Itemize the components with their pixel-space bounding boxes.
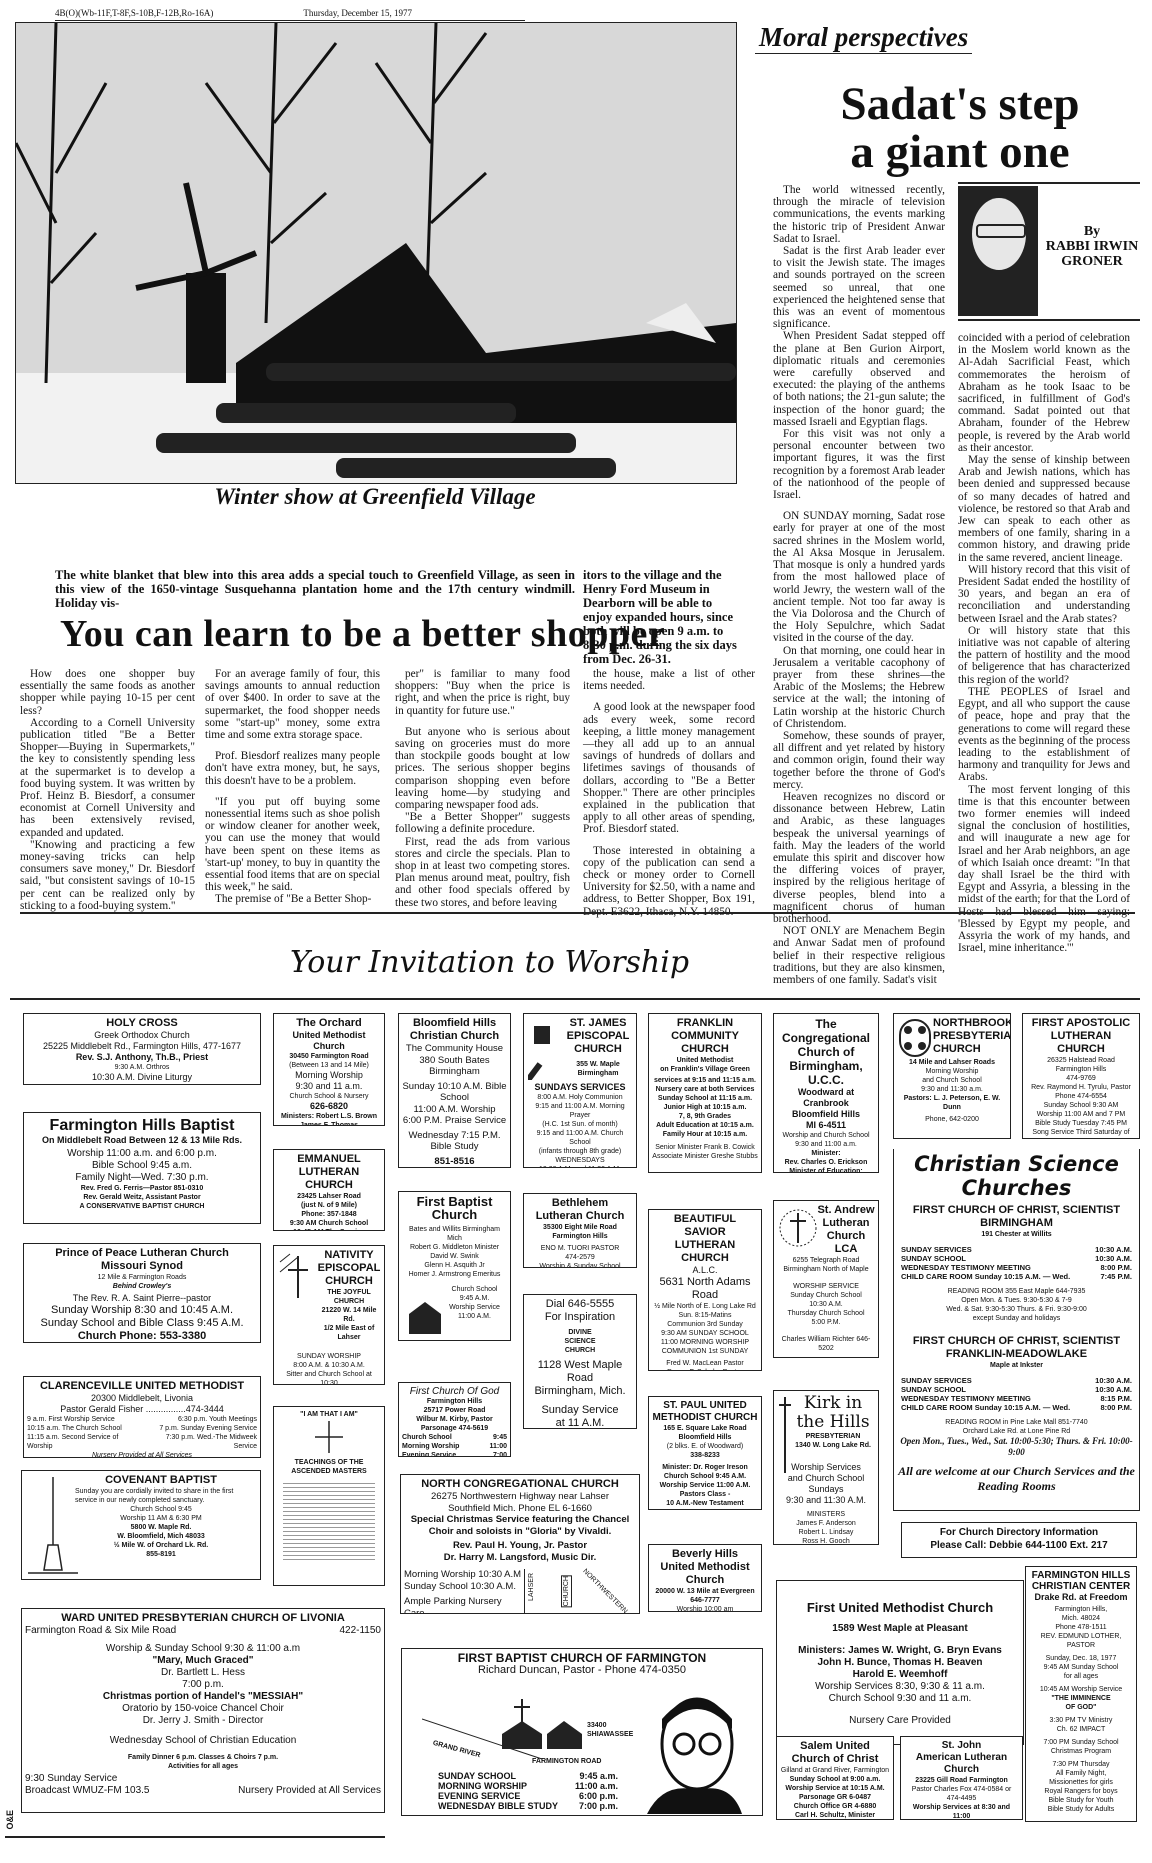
text-line: 855-8191 [65, 1550, 257, 1559]
text-line: Road [652, 1289, 758, 1302]
text-line: SCIENCE [527, 1337, 633, 1346]
paragraph: The premise of "Be a Better Shop- [205, 893, 380, 905]
text-line: Nursery Provided at All Services [27, 1451, 257, 1458]
text-line: Broadcast WMUZ-FM 103.5 [25, 1785, 149, 1797]
paragraph: When President Sadat stepped off the pla… [773, 330, 945, 428]
text-line: ASCENDED MASTERS [277, 1467, 381, 1476]
text-line: CHURCH [563, 1043, 633, 1056]
text-line: Kirk in [791, 1394, 875, 1413]
ad-divine-science: Dial 646-5555 For Inspiration DIVINE SCI… [523, 1294, 637, 1429]
ad-st-john-lutheran: St. John American Lutheran Church 23225 … [900, 1736, 1023, 1820]
text-line: 9:30 Sunday Service [25, 1773, 149, 1785]
text-line: Church of Christ [780, 1753, 890, 1766]
ad-farmington-hills-christian-center: FARMINGTON HILLS CHRISTIAN CENTER Drake … [1025, 1566, 1137, 1822]
fine-print-block [283, 1480, 375, 1560]
paragraph: Prof. Biesdorf realizes many people don'… [205, 750, 380, 787]
text-line: Phone 474-6554 [1026, 1092, 1136, 1101]
text-line: 10:30 A.M. [1095, 1254, 1132, 1263]
location-map: LAHSER CHURCH NORTHWESTERN CIVIC CENTER … [524, 1569, 625, 1614]
text-line: CHURCH [527, 1346, 633, 1355]
text-line: 21220 W. 14 Mile Rd. [317, 1306, 381, 1324]
text-line: PRESBYTERIAN [933, 1030, 1007, 1043]
text-line: NORTHWESTERN [581, 1567, 630, 1614]
text-line: Worship & Sunday School [527, 1262, 633, 1268]
steeple-icon [28, 1475, 78, 1575]
edition-code: 4B(O)(Wb-11F,T-8F,S-10B,F-12B,Ro-16A) [55, 8, 213, 18]
text-line: 25225 Middlebelt Rd., Farmington Hills, … [27, 1041, 257, 1052]
ad-farmington-hills-baptist: Farmington Hills Baptist On Middlebelt R… [23, 1112, 261, 1224]
text-line: Bible Study Tuesday 7:45 PM [1026, 1119, 1136, 1128]
text-line: Church Phone: 553-3380 [27, 1330, 257, 1343]
text-line: Sunday School 9:30 AM [1026, 1101, 1136, 1110]
text-line: Sunday you are cordially invited to shar… [75, 1487, 257, 1505]
shopper-column-2: For an average family of four, this savi… [205, 668, 380, 906]
text-line: All are welcome at our Church Services a… [897, 1464, 1136, 1494]
text-line: Church School [442, 1285, 507, 1294]
celtic-cross-emblem-icon [898, 1018, 932, 1058]
text-line: 10:30 A.M. [1095, 1245, 1132, 1254]
paragraph: per" is familiar to many food shoppers: … [395, 668, 570, 717]
text-line: ½ Mile North of E. Long Lake Rd [652, 1302, 758, 1311]
text-line: Family Dinner 6 p.m. Classes & Choirs 7 … [25, 1753, 381, 1762]
text-line: 10 A.M.-New Testament [652, 1499, 758, 1508]
text-line: Bloomfield Hills [652, 1433, 758, 1442]
text-line: "THE IMMINENCE [1029, 1694, 1133, 1703]
text-line: ENO M. TUORI PASTOR [527, 1244, 633, 1253]
text-line: on Franklin's Village Green [652, 1065, 758, 1074]
text-line: 5800 W. Maple Rd. [65, 1523, 257, 1532]
text-line: 338-8233 [652, 1451, 758, 1460]
text-line: WEDNESDAYS [527, 1156, 633, 1165]
text-line: Worship Services 8:30, 9:30 & 11 a.m. [780, 1681, 1020, 1693]
text-line: Worship 11:00 AM and 7 PM [1026, 1110, 1136, 1119]
text-line: SUNDAY WORSHIP [277, 1352, 381, 1361]
text-line: Sitter and Church School at 10:30 [277, 1370, 381, 1385]
text-line: 9:30 A.M. Orthros [27, 1063, 257, 1072]
ad-first-church-of-god: First Church Of God Farmington Hills 257… [398, 1382, 511, 1457]
text-line: 9:15 and 11:00 A.M. Morning Prayer [527, 1102, 633, 1120]
text-line: U.C.C. [777, 1073, 875, 1087]
headline-line-1: Sadat's step [790, 80, 1130, 128]
text-line: COMMUNITY CHURCH [652, 1030, 758, 1056]
shopper-column-3: per" is familiar to many food shoppers: … [395, 668, 570, 909]
text-line: Church School & Nursery [277, 1092, 381, 1101]
text-line: David W. Swink [402, 1252, 507, 1261]
text-line: Pastors Class - [652, 1490, 758, 1499]
text-line: 26275 Northwestern Highway near Lahser [404, 1491, 636, 1503]
text-line: FARMINGTON ROAD [532, 1757, 601, 1766]
text-line: The Orchard [277, 1017, 381, 1030]
text-line: 10:45 AM The Service [277, 1228, 381, 1231]
page-marker: O&E [5, 1810, 15, 1830]
text-line: A CONSERVATIVE BAPTIST CHURCH [27, 1202, 257, 1211]
text-line: Church Office GR 4-6880 [780, 1802, 890, 1811]
text-line: Church of [777, 1045, 875, 1059]
text-line: 10:00 A.M. and 11:30 A.M. [527, 1165, 633, 1168]
text-line: 9:45 AM Sunday School [1029, 1663, 1133, 1672]
text-line: American Lutheran [904, 1752, 1019, 1764]
text-line: Song Service Third Saturday of each mont… [1026, 1128, 1136, 1139]
section-title: Moral perspectives [755, 22, 972, 54]
ad-beverly-hills-methodist: Beverly Hills United Methodist Church 20… [648, 1544, 762, 1612]
text-line: Sunday Church School [777, 1291, 875, 1300]
text-line: Ch. 62 IMPACT [1029, 1725, 1133, 1734]
text-line: Pastors: L. J. Peterson, E. W. Dunn [897, 1094, 1007, 1112]
text-line: Please Call: Debbie 644-1100 Ext. 217 [905, 1539, 1133, 1552]
text-line: Wilbur M. Kirby, Pastor [402, 1415, 507, 1424]
text-line: Robert G. Middleton Minister [402, 1243, 507, 1252]
paragraph: Or will history state that this initiati… [958, 625, 1130, 686]
text-line: LUTHERAN CHURCH [652, 1239, 758, 1265]
text-line: Mich. 48024 [1029, 1614, 1133, 1623]
text-line: Worship Service at 10:15 A.M. [780, 1784, 890, 1793]
text-line: The Community House [402, 1043, 507, 1055]
sadat-column-1: The world witnessed recently, through th… [773, 184, 945, 986]
ad-prince-of-peace: Prince of Peace Lutheran Church Missouri… [23, 1243, 261, 1343]
ad-bethlehem-lutheran: Bethlehem Lutheran Church 35300 Eight Mi… [523, 1193, 637, 1268]
ad-emmanuel-lutheran: EMMANUEL LUTHERAN CHURCH 23425 Lahser Ro… [273, 1149, 385, 1231]
pastor-portrait [642, 1689, 742, 1814]
ad-nativity-episcopal: NATIVITY EPISCOPAL CHURCH THE JOYFUL CHU… [273, 1245, 385, 1385]
text-line: FRANKLIN [652, 1017, 758, 1030]
text-line: Church School [402, 1433, 452, 1442]
ad-first-apostolic-lutheran: FIRST APOSTOLIC LUTHERAN CHURCH 26325 Ha… [1022, 1013, 1140, 1139]
ad-first-baptist-farmington: FIRST BAPTIST CHURCH OF FARMINGTON Richa… [401, 1648, 763, 1816]
text-line: READING ROOM in Pine Lake Mall 851-7740 [897, 1418, 1136, 1427]
paragraph: According to a Cornell University public… [20, 717, 195, 839]
paragraph: The most fervent longing of this time is… [958, 784, 1130, 955]
ad-north-congregational: NORTH CONGREGATIONAL CHURCH 26275 Northw… [400, 1474, 640, 1614]
radiant-cross-icon [309, 1419, 349, 1455]
text-line: 9:30 and 11:00 a.m. [777, 1140, 875, 1149]
text-line: Salem United [780, 1740, 890, 1753]
text-line: Greek Orthodox Church [27, 1030, 257, 1041]
paragraph: Sadat is the first Arab leader ever to v… [773, 245, 945, 330]
photo-caption: Winter show at Greenfield Village [15, 484, 735, 510]
text-line: EVENING SERVICE [438, 1791, 520, 1801]
text-line: 474-9769 [1026, 1074, 1136, 1083]
text-line: CHRISTIAN CENTER [1029, 1581, 1133, 1592]
text-line: 1589 West Maple at Pleasant [780, 1623, 1020, 1635]
text-line: Sunday School and Bible Class 9:45 A.M. [27, 1317, 257, 1330]
ad-congregational-birmingham: The Congregational Church of Birmingham,… [773, 1013, 879, 1173]
text-line: SUNDAY SERVICES [901, 1376, 972, 1385]
text-line: READING ROOM 355 East Maple 644-7935 [897, 1287, 1136, 1296]
text-line: 6:30 p.m. Youth Meetings [143, 1415, 257, 1424]
text-line: Dr. Jerry J. Smith - Director [25, 1715, 381, 1727]
paragraph: The world witnessed recently, through th… [773, 184, 945, 245]
text-line: HOLY CROSS [27, 1017, 257, 1030]
text-line: 26325 Halstead Road [1026, 1056, 1136, 1065]
text-line: Christian Church [402, 1030, 507, 1043]
text-line: Bates and Willits Birmingham Mich [402, 1225, 507, 1243]
text-line: Thursday Church School [777, 1309, 875, 1318]
text-line: Southfield Mich. Phone EL 6-1660 [404, 1503, 636, 1515]
paragraph: Will history record that this visit of P… [958, 564, 1130, 625]
text-line: Woodward at Cranbrook [777, 1087, 875, 1109]
text-line: Nursery Care Provided [780, 1715, 1020, 1727]
text-line: Lutheran Church [527, 1210, 633, 1223]
text-line: 11:00 MORNING WORSHIP [652, 1338, 758, 1347]
text-line: 7:30 PM Thursday [1029, 1760, 1133, 1769]
text-line: Worship 11:00 a.m. and 6:00 p.m. [27, 1148, 257, 1160]
ad-covenant-baptist: COVENANT BAPTIST Sunday you are cordiall… [21, 1470, 261, 1580]
text-line: 35300 Eight Mile Road [527, 1223, 633, 1232]
text-line: A.L.C. [652, 1265, 758, 1276]
text-line: Sunday School at 11:15 a.m. [652, 1094, 758, 1103]
text-line: WORSHIP SERVICE [777, 1282, 875, 1291]
text-line: Drake Rd. at Freedom [1029, 1592, 1133, 1603]
text-line: Christmas portion of Handel's "MESSIAH" [25, 1691, 381, 1703]
text-line: Nursery Provided at All Services [238, 1785, 381, 1797]
text-line: LUTHERAN CHURCH [1026, 1030, 1136, 1056]
paragraph: Heaven recognizes no discord or dissonan… [773, 791, 945, 925]
text-line: 25717 Power Road [402, 1406, 507, 1415]
text-line: WEDNESDAY TESTIMONY MEETING [901, 1394, 1031, 1403]
text-line: 20300 Middlebelt, Livonia [27, 1393, 257, 1404]
text-line: services at 9:15 and 11:15 a.m. [652, 1076, 758, 1085]
text-line: Phone, 642-0200 [897, 1115, 1007, 1124]
text-line: 9:30 AM SUNDAY SCHOOL [652, 1329, 758, 1338]
text-line: Dr. Harry M. Langsford, Music Dir. [404, 1552, 636, 1564]
text-line: 8:15 P.M. [1100, 1394, 1132, 1403]
text-line: The Congregational [777, 1017, 875, 1045]
text-line: Bloomfield Hills [777, 1109, 875, 1120]
text-line: Phone: 357-1848 [277, 1210, 381, 1219]
text-line: 380 South Bates Birmingham [402, 1055, 507, 1078]
text-line: Prince of Peace Lutheran Church [27, 1247, 257, 1260]
text-line: PRESBYTERIAN [791, 1432, 875, 1441]
church-sketch-icon [528, 1020, 558, 1080]
text-line: 9:45 a.m. [579, 1771, 618, 1781]
text-line: 422-1150 [339, 1625, 381, 1637]
text-line: EPISCOPAL [563, 1030, 633, 1043]
ad-first-baptist: First Baptist Church Bates and Willits B… [398, 1191, 511, 1341]
paragraph: For an average family of four, this savi… [205, 668, 380, 741]
text-line: 8:00 P.M. [1100, 1403, 1132, 1412]
text-line: Charles William Richter 646-5202 [777, 1335, 875, 1353]
text-line: Worship Services at 8:30 and 11:00 [904, 1803, 1019, 1820]
text-line: James F. Thomas [277, 1121, 381, 1126]
text-line: Family Hour at 10:15 a.m. [652, 1130, 758, 1139]
text-line: 11:00 A.M. [442, 1312, 507, 1321]
text-line: 7:00 PM Sunday School [1029, 1738, 1133, 1747]
text-line: Farmington Hills [1026, 1065, 1136, 1074]
paragraph: Somehow, these sounds of prayer, all dif… [773, 730, 945, 791]
text-line: 7:30 p.m. Wed.-The Midweek Service [143, 1433, 257, 1451]
text-line: Worship & Sunday School 9:30 & 11:00 a.m [25, 1643, 381, 1655]
text-line: Ministers: Robert L.S. Brown [277, 1112, 381, 1121]
text-line: 10:30 A.M. [1095, 1376, 1132, 1385]
paragraph: "Knowing and practicing a few money-savi… [20, 839, 195, 912]
text-line: English Sermon [27, 1083, 257, 1085]
text-line: Worship Service 11:00 A.M. [652, 1481, 758, 1490]
ad-st-james-episcopal: ST. JAMES EPISCOPAL CHURCH 355 W. Maple … [523, 1013, 637, 1168]
church-building-icon [405, 1300, 445, 1336]
text-line: CLARENCEVILLE UNITED METHODIST [27, 1380, 257, 1393]
text-line: the Hills [791, 1413, 875, 1432]
text-line: Worship Service [442, 1303, 507, 1312]
divider [5, 1836, 385, 1838]
text-line: Junior High at 10:15 a.m. [652, 1103, 758, 1112]
paragraph: "Be a Better Shopper" suggests following… [395, 811, 570, 835]
text-line: and Church School [897, 1076, 1007, 1085]
text-line: Activities for all ages [25, 1762, 381, 1771]
text-line: Birmingham [563, 1069, 633, 1078]
text-line: THE JOYFUL CHURCH [317, 1288, 381, 1306]
text-line: Ross H. Gooch [777, 1537, 875, 1545]
text-line: Christmas Program [1029, 1747, 1133, 1756]
ad-orchard-methodist: The Orchard United Methodist Church 3045… [273, 1013, 385, 1126]
text-line: SUNDAY SERVICES [901, 1245, 972, 1254]
text-line: LUTHERAN CHURCH [277, 1166, 381, 1192]
ad-christian-science: Christian Science Churches FIRST CHURCH … [893, 1149, 1140, 1511]
text-line: Glenn H. Asquith Jr [402, 1261, 507, 1270]
text-line: Sunday Worship 8:30 and 10:45 A.M. [27, 1304, 257, 1317]
text-line: 9 a.m. First Worship Service [27, 1415, 143, 1424]
paragraph: the house, make a list of other items ne… [583, 668, 755, 692]
text-line: 355 W. Maple [563, 1060, 633, 1069]
text-line: MINISTERS [777, 1510, 875, 1519]
ad-church-directory: For Church Directory Information Please … [901, 1522, 1137, 1558]
text-line: SUNDAYS SERVICES [527, 1082, 633, 1093]
text-line: 10:30 A.M. Divine Liturgy [27, 1072, 257, 1083]
sadat-column-2: coincided with a period of celebration i… [958, 332, 1130, 954]
winter-scene-illustration [16, 23, 736, 483]
text-line: 851-8516 [402, 1156, 507, 1168]
text-line: 7:00 p.m. [25, 1679, 381, 1691]
text-line: (2 blks. E. of Woodward) [652, 1442, 758, 1451]
text-line: 9:15 and 11:00 A.M. Church School [527, 1129, 633, 1147]
text-line: ST. PAUL UNITED [652, 1400, 758, 1412]
text-line: Sundays [777, 1484, 875, 1495]
text-line: Rev. Gerald Weitz, Assistant Pastor [27, 1193, 257, 1202]
text-line: First United Methodist Church [780, 1598, 1020, 1617]
text-line: ST. JAMES [563, 1017, 633, 1030]
text-line: Associate Minister Greshe Stubbs [652, 1152, 758, 1161]
tree-cross-emblem-icon [778, 1207, 818, 1249]
text-line: Gilland at Grand River, Farmington [780, 1766, 890, 1775]
text-line: 20000 W. 13 Mile at Evergreen 646-7777 [652, 1587, 758, 1605]
ad-ward-presbyterian: WARD UNITED PRESBYTERIAN CHURCH OF LIVON… [21, 1608, 385, 1813]
text-line: EMMANUEL [277, 1153, 381, 1166]
text-line: 23425 Lahser Road [277, 1192, 381, 1201]
text-line: 6:00 p.m. [579, 1791, 618, 1801]
text-line: For Church Directory Information [905, 1526, 1133, 1539]
text-line: BIRMINGHAM [897, 1217, 1136, 1230]
text-line: 5:00 P.M. [777, 1318, 875, 1327]
text-line: 7 p.m. Sunday Evening Service [143, 1424, 257, 1433]
text-line: MORNING WORSHIP [438, 1781, 527, 1791]
text-line: MI 6-4511 [777, 1120, 875, 1131]
kirk-tower-icon [777, 1395, 793, 1475]
text-line: 12 Mile & Farmington Roads [27, 1273, 257, 1282]
text-line: SUNDAY SCHOOL [438, 1771, 516, 1781]
byline-box: By RABBI IRWIN GRONER [958, 182, 1140, 321]
text-line: Farmington Hills Baptist [27, 1116, 257, 1135]
text-line: Royal Rangers for boys [1029, 1787, 1133, 1796]
text-line: W. Bloomfield, Mich 48033 [65, 1532, 257, 1541]
text-line: United Methodist Church [652, 1561, 758, 1587]
text-line: 191 Chester at Willits [897, 1230, 1136, 1239]
text-line: 7:45 P.M. [1100, 1272, 1132, 1281]
text-line: LCA [817, 1243, 875, 1256]
text-line: 7, 8, 9th Grades [652, 1112, 758, 1121]
text-line: Parsonage GR 6-0487 [780, 1793, 890, 1802]
text-line: Carl H. Schultz, Minister [780, 1811, 890, 1820]
paragraph: A good look at the newspaper food ads ev… [583, 701, 755, 835]
paragraph: coincided with a period of celebration i… [958, 332, 1130, 454]
text-line: Richard Duncan, Pastor - Phone 474-0350 [405, 1665, 759, 1676]
text-line: Dial 646-5555 [527, 1298, 633, 1311]
text-line: 8:00 P.M. [1100, 1263, 1132, 1272]
text-line: 1/2 Mile East of Lahser [317, 1324, 381, 1342]
text-line: Nursery care at both Services [652, 1085, 758, 1094]
text-line: Phone 478-1511 [1029, 1623, 1133, 1632]
text-line: Evening Service [402, 1451, 456, 1457]
page-date: Thursday, December 15, 1977 [303, 8, 412, 18]
text-line: 8:00 A.M. Holy Communion [527, 1093, 633, 1102]
text-line: All Family Night, [1029, 1769, 1133, 1778]
text-line: United Methodist [652, 1056, 758, 1065]
text-line: 9:30 AM Church School [277, 1219, 381, 1228]
ad-st-andrew-lutheran: St. Andrew Lutheran Church LCA 6255 Tele… [773, 1200, 879, 1358]
text-line: NORTH CONGREGATIONAL CHURCH [404, 1478, 636, 1491]
byline: By RABBI IRWIN GRONER [1044, 224, 1140, 269]
text-line: Rev. S.J. Anthony, Th.B., Priest [27, 1052, 257, 1063]
text-line: (just N. of 9 Mile) [277, 1201, 381, 1210]
text-line: CHURCH [317, 1275, 381, 1288]
paragraph: THE PEOPLES of Israel and Egypt, and all… [958, 686, 1130, 784]
text-line: "I AM THAT I AM" [277, 1410, 381, 1419]
text-line: WARD UNITED PRESBYTERIAN CHURCH OF LIVON… [25, 1612, 381, 1625]
text-line: 1340 W. Long Lake Rd. [791, 1441, 875, 1450]
text-line: METHODIST CHURCH [652, 1412, 758, 1424]
text-line: John H. Bunce, Thomas H. Beaven [780, 1657, 1020, 1669]
text-line: Worship 11 AM & 6:30 PM [65, 1514, 257, 1523]
text-line: Church [817, 1230, 875, 1243]
text-line: Rev. Charles O. Erickson [777, 1158, 875, 1167]
cross-icon [278, 1252, 318, 1302]
greenfield-village-photo [15, 22, 737, 484]
text-line: Lutheran [817, 1217, 875, 1230]
paragraph: ON SUNDAY morning, Sadat rose early for … [773, 510, 945, 644]
text-line: Rev. Raymond H. Tyrulu, Pastor [1026, 1083, 1136, 1092]
text-line: at 11 A.M. [527, 1417, 633, 1429]
text-line: Parsonage 474-5619 [402, 1424, 507, 1433]
text-line: Wed. & Sat. 9:30-5:30 Thurs. & Fri. 9:30… [897, 1305, 1136, 1314]
sadat-headline: Sadat's step a giant one [790, 80, 1130, 176]
text-line: 7:00 [493, 1451, 507, 1457]
text-line: REV. EDMUND LOTHER, PASTOR [1029, 1632, 1133, 1650]
text-line: Missouri Synod [27, 1260, 257, 1273]
text-line: 10:30 A.M. [777, 1300, 875, 1309]
text-line: Sunday School at 9:00 a.m. [780, 1775, 890, 1784]
text-line: Birmingham, [777, 1059, 875, 1073]
text-line: 30450 Farmington Road [277, 1052, 381, 1061]
text-line: Behind Crowley's [27, 1282, 257, 1291]
text-line: Church School 9:45 [65, 1505, 257, 1514]
text-line: St. Andrew [817, 1204, 875, 1217]
text-line: Birmingham North of Maple [777, 1265, 875, 1274]
text-line: SUNDAY SCHOOL [901, 1254, 966, 1263]
text-line: Christian Science Churches [897, 1152, 1136, 1200]
text-line: COMMUNION 1st SUNDAY [652, 1347, 758, 1356]
paragraph: But anyone who is serious about saving o… [395, 726, 570, 811]
paragraph: First, read the ads from various stores … [395, 836, 570, 909]
text-line: NATIVITY [317, 1249, 381, 1262]
text-line: Worship and Church School [777, 1131, 875, 1140]
